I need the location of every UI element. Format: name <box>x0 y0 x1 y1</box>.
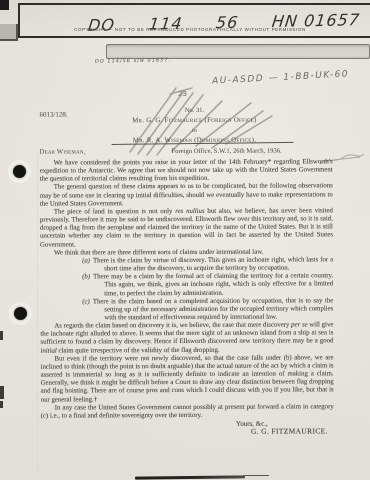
sender-line: Mr. G. G. Fitzmaurice (Foreign Office) <box>29 116 359 124</box>
claim-label: (a) <box>82 257 93 264</box>
claim-text: There is the claim based on a completed … <box>93 297 334 321</box>
claim-label: (b) <box>82 274 93 281</box>
claims-list: (a)There is the claim by virtue of disco… <box>40 256 333 323</box>
edge-mark <box>0 331 3 340</box>
claim-item-b: (b)There may be a claim by the formal ac… <box>40 273 333 299</box>
hole-punch-top <box>13 165 26 178</box>
claim-item-c: (c)There is the claim based on a complet… <box>40 297 333 323</box>
claim-text: There may be a claim by the formal act o… <box>93 273 333 297</box>
paragraph-3: The piece of land in question is not onl… <box>40 207 333 249</box>
document-page: DO 114 56 HN 01657 COPYRIGHT — NOT TO BE… <box>0 0 370 480</box>
paragraph-6: But even if the territory were not newly… <box>41 354 334 404</box>
paragraph-7: In any case the United States Government… <box>41 403 334 421</box>
paper-crease <box>37 150 38 470</box>
dateline: Foreign Office, S.W.1, 26th March, 1936. <box>172 148 282 155</box>
corner-artifact <box>0 0 9 10</box>
signature: G. G. FITZMAURICE. <box>41 428 334 437</box>
claim-text: There is the claim by virtue of discover… <box>93 256 333 272</box>
salutation: Dear Wiseman, <box>40 148 86 155</box>
claim-label: (c) <box>82 298 93 305</box>
letter-body: We have considered the points you raise … <box>40 158 334 437</box>
bottom-smudge-line <box>243 475 269 476</box>
edge-mark <box>0 386 4 399</box>
to-word: to <box>30 127 360 134</box>
paragraph-5: As regards the claim based on discovery … <box>40 321 333 355</box>
paragraph-2: The general question of these claims app… <box>40 183 333 209</box>
hole-punch-bottom <box>14 307 27 320</box>
paragraph-1: We have considered the points you raise … <box>40 158 333 184</box>
typed-letter: 6013/128. No. 31. Mr. G. G. Fitzmaurice … <box>0 0 370 480</box>
claim-item-a: (a)There is the claim by virtue of disco… <box>40 256 333 274</box>
corner-step-artifact <box>0 24 18 41</box>
letter-number: No. 31. <box>29 106 359 114</box>
edge-mark <box>0 401 3 408</box>
